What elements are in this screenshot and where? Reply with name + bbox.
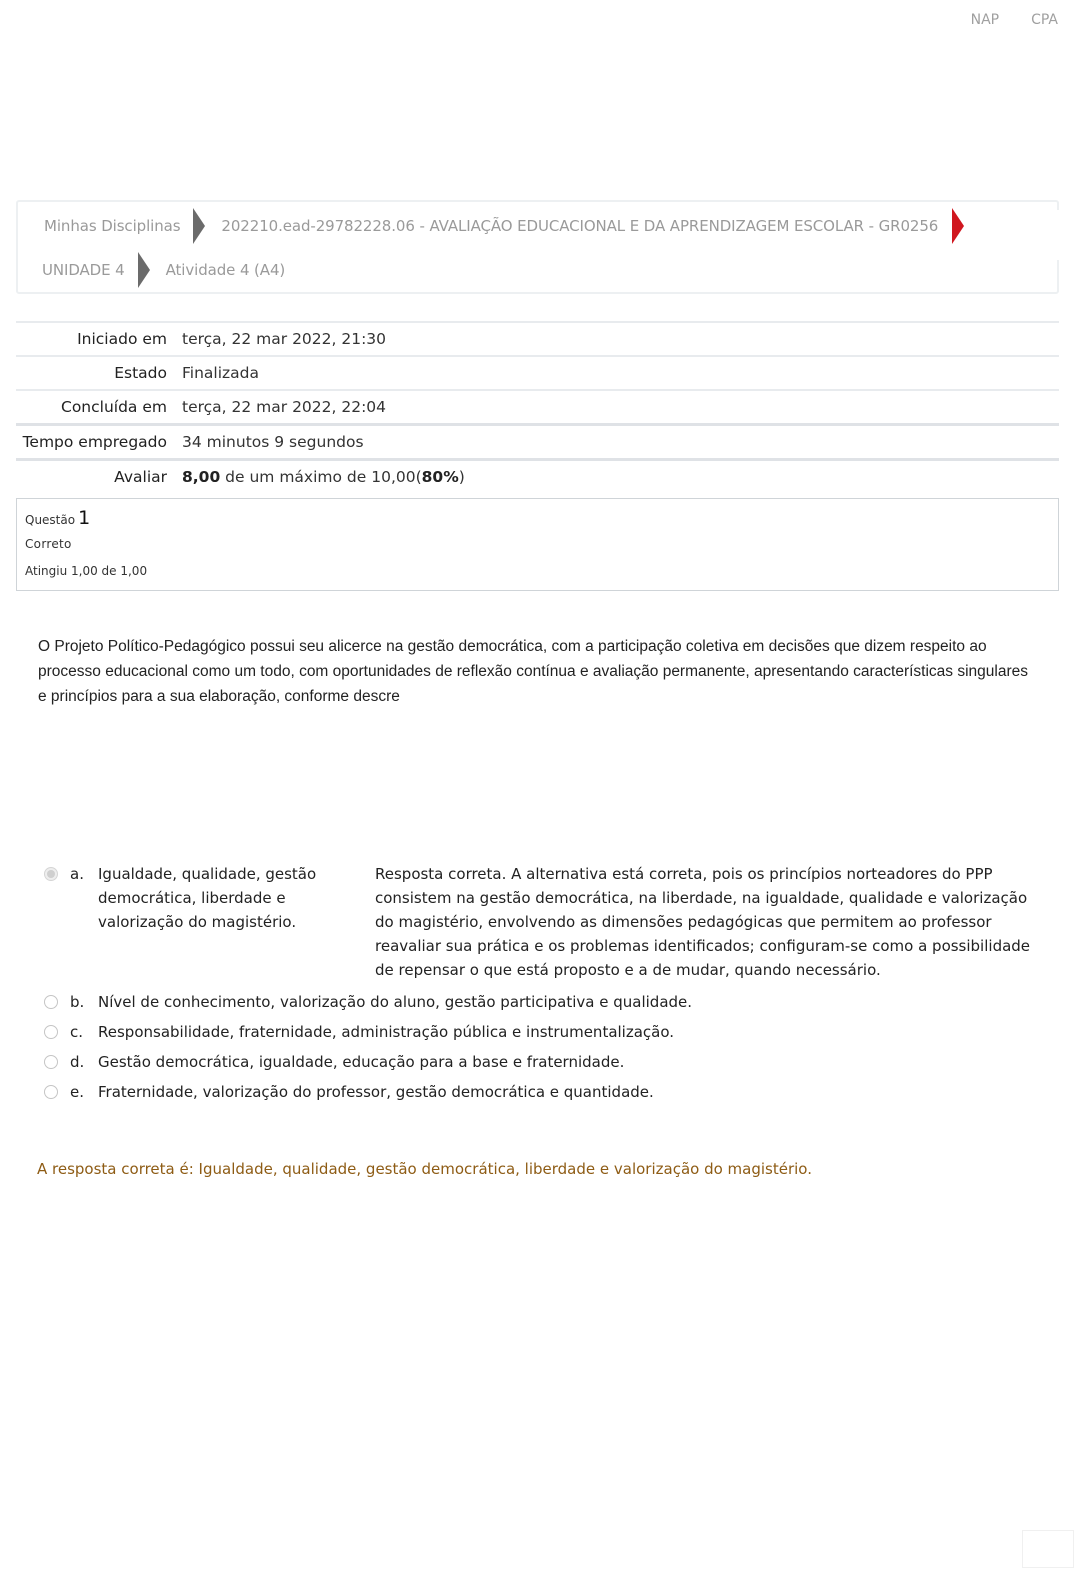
answer-text: Nível de conhecimento, valorização do al… — [98, 990, 692, 1014]
breadcrumb-separator-icon — [952, 208, 964, 244]
answer-text: Gestão democrática, igualdade, educação … — [98, 1050, 624, 1074]
summary-value: 34 minutos 9 segundos — [174, 425, 1059, 460]
question-state: Correto — [25, 537, 1050, 551]
answer-letter: b. — [70, 990, 98, 1014]
summary-row-time-taken: Tempo empregado 34 minutos 9 segundos — [16, 425, 1059, 460]
breadcrumb-my-courses[interactable]: Minhas Disciplinas — [44, 217, 180, 235]
summary-label: Estado — [16, 356, 174, 390]
radio-icon[interactable] — [44, 1085, 58, 1099]
answer-option-c[interactable]: c. Responsabilidade, fraternidade, admin… — [44, 1020, 1044, 1044]
summary-label: Tempo empregado — [16, 425, 174, 460]
question-number: Questão1 — [25, 507, 1050, 529]
answer-list: a. Igualdade, qualidade, gestão democrát… — [44, 862, 1044, 1110]
answer-letter: c. — [70, 1020, 98, 1044]
answer-option-b[interactable]: b. Nível de conhecimento, valorização do… — [44, 990, 1044, 1014]
top-links: NAP CPA — [971, 12, 1058, 28]
summary-label: Avaliar — [16, 460, 174, 494]
question-text: O Projeto Político-Pedagógico possui seu… — [38, 634, 1038, 709]
answer-option-a[interactable]: a. Igualdade, qualidade, gestão democrát… — [44, 862, 1044, 982]
summary-value: terça, 22 mar 2022, 22:04 — [174, 390, 1059, 425]
breadcrumb-activity[interactable]: Atividade 4 (A4) — [166, 261, 286, 279]
grade-value: 8,00 — [182, 468, 220, 486]
summary-label: Iniciado em — [16, 322, 174, 356]
radio-selected-icon[interactable] — [44, 867, 58, 881]
right-answer: A resposta correta é: Igualdade, qualida… — [37, 1160, 812, 1178]
summary-value: terça, 22 mar 2022, 21:30 — [174, 322, 1059, 356]
radio-icon[interactable] — [44, 1055, 58, 1069]
breadcrumb-unit[interactable]: UNIDADE 4 — [42, 261, 125, 279]
summary-label: Concluída em — [16, 390, 174, 425]
breadcrumb-separator-icon — [193, 208, 205, 244]
answer-option-d[interactable]: d. Gestão democrática, igualdade, educaç… — [44, 1050, 1044, 1074]
grade-text: de um máximo de 10,00( — [220, 468, 421, 486]
attempt-summary: Iniciado em terça, 22 mar 2022, 21:30 Es… — [16, 321, 1059, 493]
grade-percent: 80% — [422, 468, 459, 486]
answer-option-e[interactable]: e. Fraternidade, valorização do professo… — [44, 1080, 1044, 1104]
question-info-box: Questão1 Correto Atingiu 1,00 de 1,00 — [16, 498, 1059, 591]
answer-text: Responsabilidade, fraternidade, administ… — [98, 1020, 674, 1044]
summary-value: Finalizada — [174, 356, 1059, 390]
answer-text: Fraternidade, valorização do professor, … — [98, 1080, 654, 1104]
back-to-top-button[interactable] — [1022, 1530, 1074, 1568]
breadcrumb-separator-icon — [138, 252, 150, 288]
answer-text: Igualdade, qualidade, gestão democrática… — [98, 862, 335, 934]
breadcrumb-course[interactable]: 202210.ead-29782228.06 - AVALIAÇÃO EDUCA… — [221, 217, 938, 235]
answer-letter: d. — [70, 1050, 98, 1074]
question-grade: Atingiu 1,00 de 1,00 — [25, 564, 1050, 578]
question-label: Questão — [25, 513, 75, 527]
summary-row-started: Iniciado em terça, 22 mar 2022, 21:30 — [16, 322, 1059, 356]
summary-row-completed: Concluída em terça, 22 mar 2022, 22:04 — [16, 390, 1059, 425]
summary-row-grade: Avaliar 8,00 de um máximo de 10,00(80%) — [16, 460, 1059, 494]
answer-feedback: Resposta correta. A alternativa está cor… — [375, 862, 1044, 982]
grade-close: ) — [459, 468, 465, 486]
breadcrumb-border-gap — [1055, 210, 1059, 260]
summary-value: 8,00 de um máximo de 10,00(80%) — [174, 460, 1059, 494]
question-number-value: 1 — [78, 507, 90, 529]
breadcrumb: Minhas Disciplinas 202210.ead-29782228.0… — [16, 200, 1059, 294]
answer-letter: a. — [70, 862, 98, 886]
cpa-link[interactable]: CPA — [1031, 12, 1058, 28]
nap-link[interactable]: NAP — [971, 12, 1000, 28]
radio-icon[interactable] — [44, 1025, 58, 1039]
summary-row-state: Estado Finalizada — [16, 356, 1059, 390]
answer-letter: e. — [70, 1080, 98, 1104]
radio-icon[interactable] — [44, 995, 58, 1009]
